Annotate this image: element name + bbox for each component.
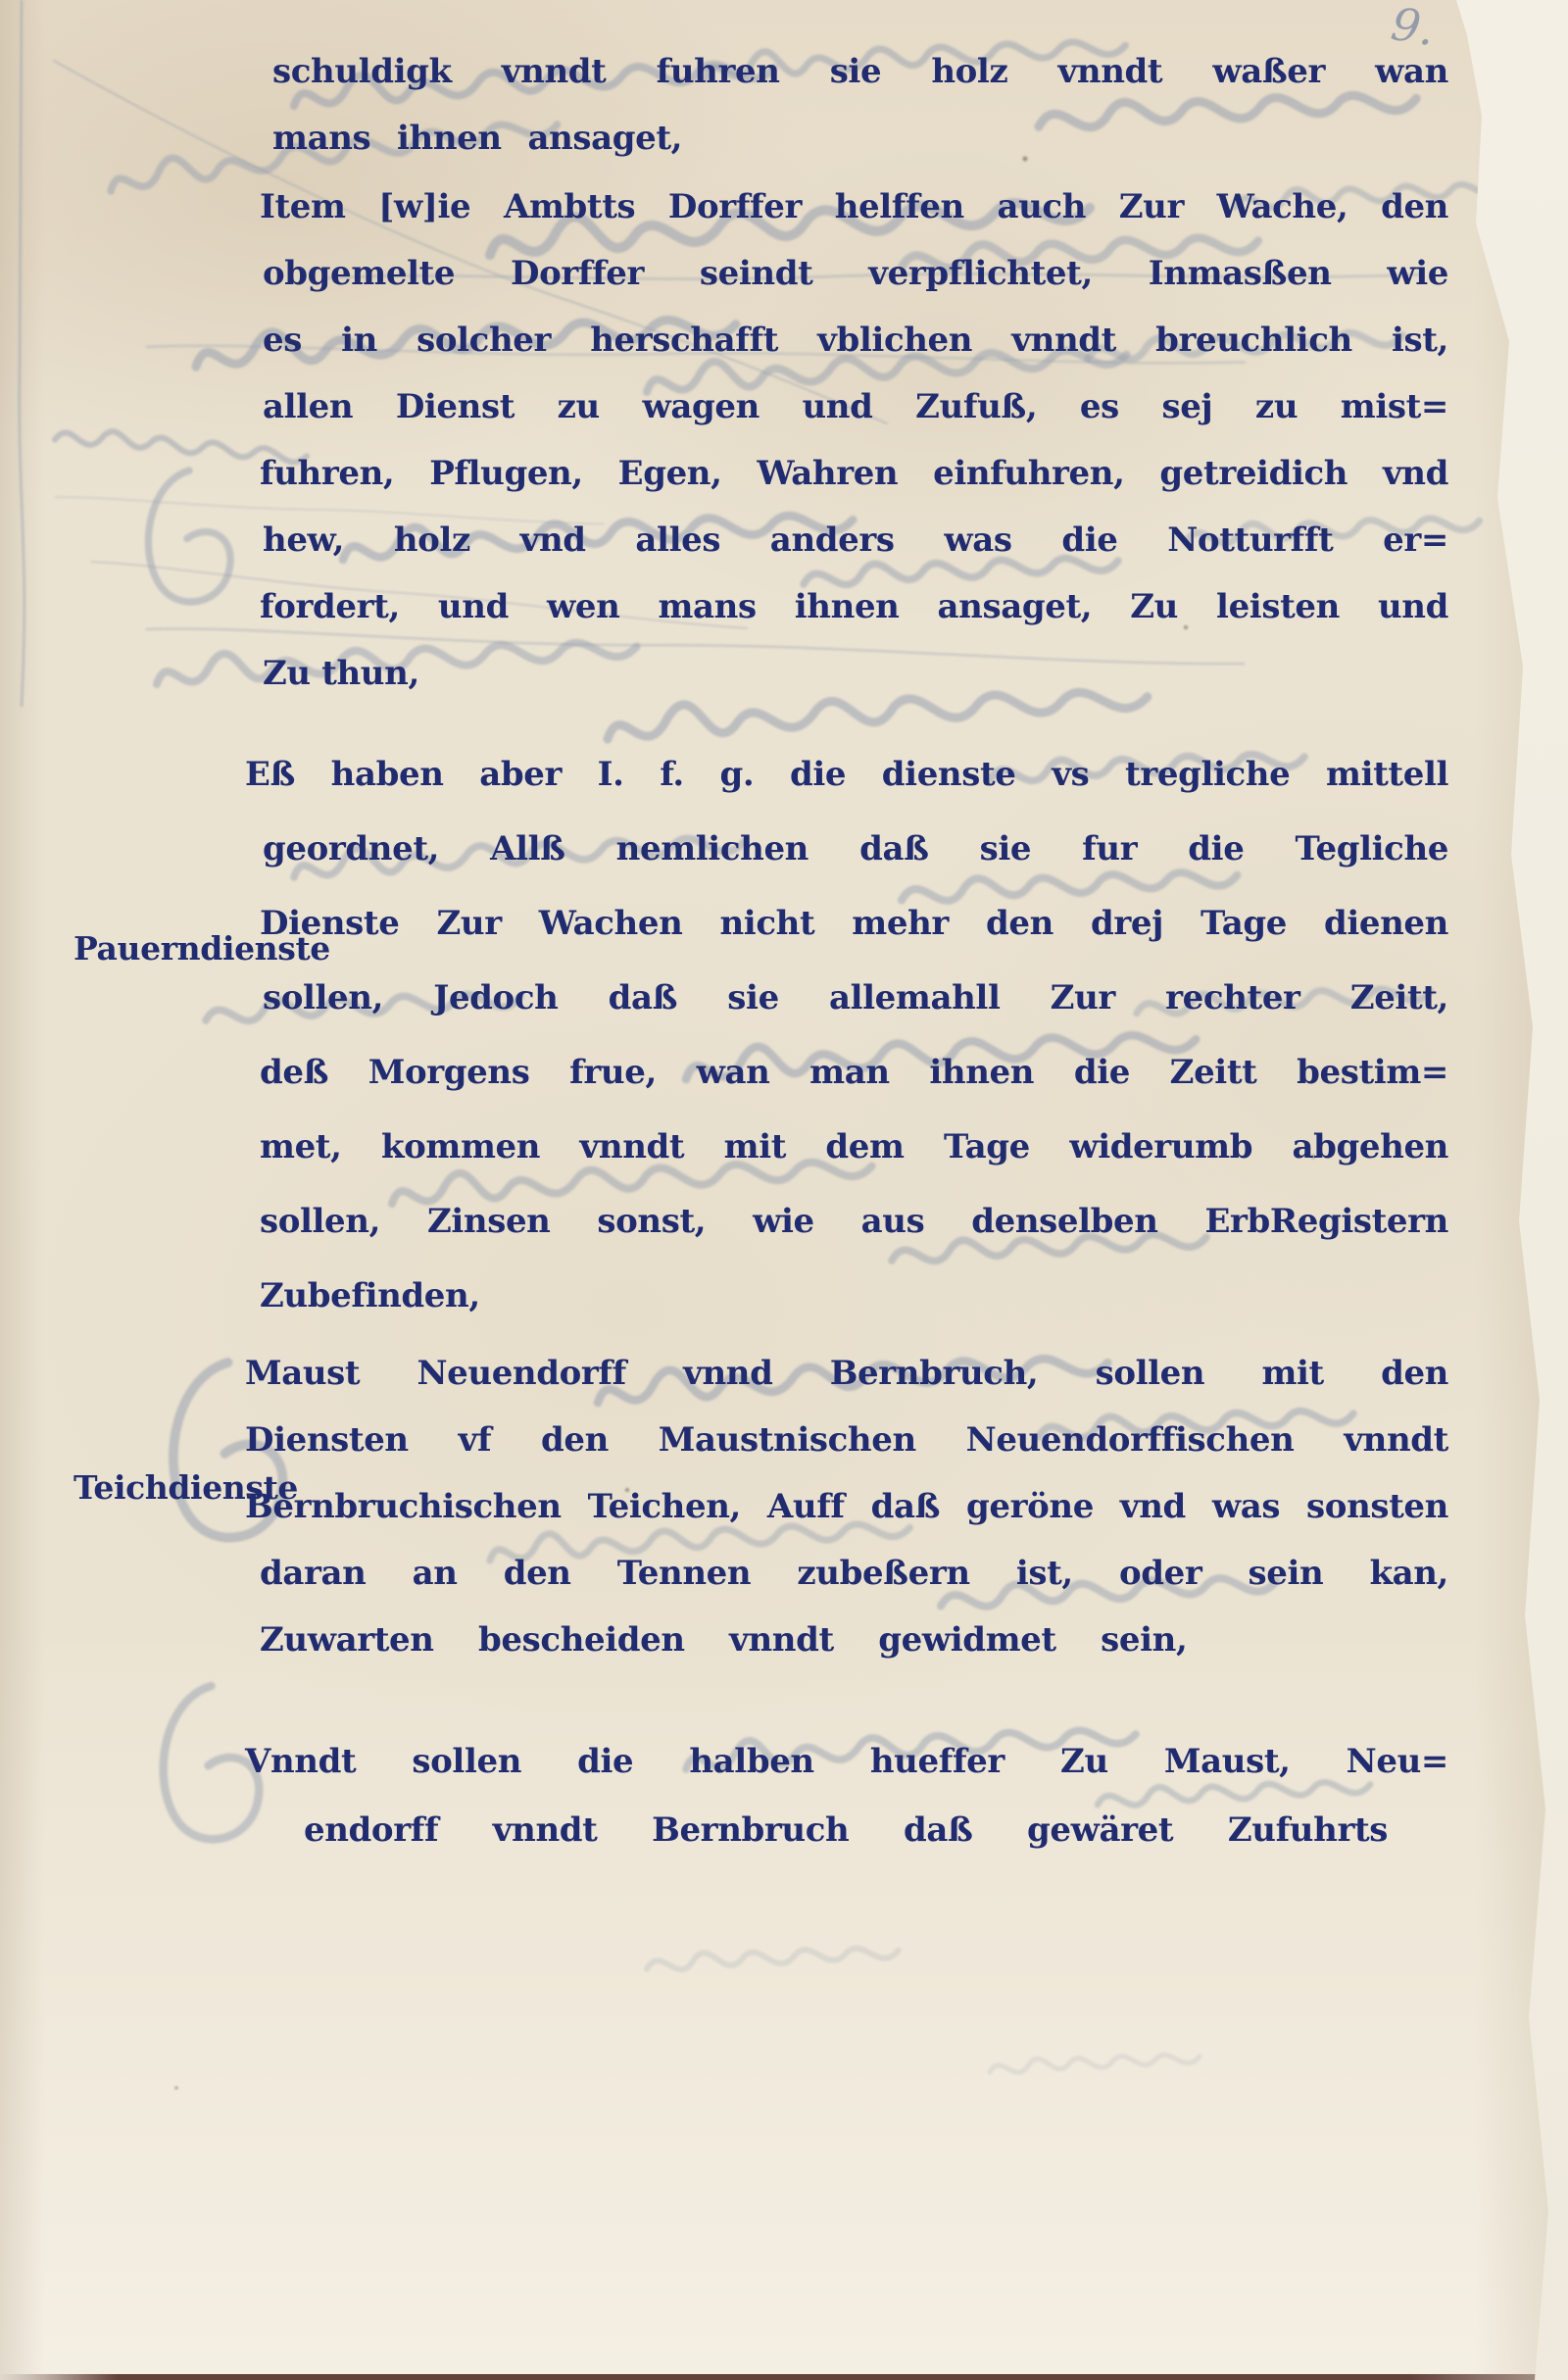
transcription-line: met, kommen vnndt mit dem Tage widerumb … [245, 1110, 1448, 1184]
transcription-line: es in solcher herschafft vblichen vnndt … [245, 307, 1448, 373]
paragraph: Eß haben aber I. f. g. die dienste vs tr… [245, 737, 1448, 1333]
transcription-line: endorff vnndt Bernbruch daß gewäret Zufu… [245, 1796, 1448, 1864]
transcription-line: Bernbruchischen Teichen, Auff daß geröne… [245, 1473, 1448, 1540]
transcription-line: Vnndt sollen die halben hueffer Zu Maust… [245, 1727, 1448, 1796]
manuscript-page: 9. Pauerndienste Teichdienste schuldigk … [0, 0, 1568, 2380]
paragraph: Item [w]ie Ambtts Dorffer helffen auch Z… [245, 174, 1448, 707]
transcription-line: fordert, und wen mans ihnen ansaget, Zu … [245, 573, 1448, 640]
transcription-line: Item [w]ie Ambtts Dorffer helffen auch Z… [245, 174, 1448, 240]
transcription-line: obgemelte Dorffer seindt verpflichtet, I… [245, 240, 1448, 307]
transcription-line: sollen, Jedoch daß sie allemahll Zur rec… [245, 961, 1448, 1035]
paragraph: Vnndt sollen die halben hueffer Zu Maust… [245, 1727, 1448, 1864]
transcription-line: schuldigk vnndt fuhren sie holz vnndt wa… [245, 38, 1448, 105]
transcription-line: geordnet, Allß nemlichen daß sie fur die… [245, 812, 1448, 886]
transcription-line: Eß haben aber I. f. g. die dienste vs tr… [245, 737, 1448, 812]
transcription-line: fuhren, Pflugen, Egen, Wahren einfuhren,… [245, 440, 1448, 507]
transcription-line: mans ihnen ansaget, [245, 105, 1448, 172]
transcription-line: deß Morgens frue, wan man ihnen die Zeit… [245, 1035, 1448, 1110]
paragraph: Maust Neuendorff vnnd Bernbruch, sollen … [245, 1340, 1448, 1673]
transcription-line: Zuwarten bescheiden vnndt gewidmet sein, [245, 1607, 1448, 1673]
transcription-line: Zubefinden, [245, 1259, 1448, 1333]
paragraph: schuldigk vnndt fuhren sie holz vnndt wa… [245, 38, 1448, 172]
transcription-line: Maust Neuendorff vnnd Bernbruch, sollen … [245, 1340, 1448, 1407]
scan-bottom-edge [0, 2374, 1568, 2380]
transcription-line: Zu thun, [245, 640, 1448, 707]
transcription-line: hew, holz vnd alles anders was die Nottu… [245, 507, 1448, 573]
transcription-line: sollen, Zinsen sonst, wie aus denselben … [245, 1184, 1448, 1259]
transcription-line: Diensten vf den Maustnischen Neuendorffi… [245, 1407, 1448, 1473]
transcription-line: allen Dienst zu wagen und Zufuß, es sej … [245, 373, 1448, 440]
transcription-line: daran an den Tennen zubeßern ist, oder s… [245, 1540, 1448, 1607]
transcription-line: Dienste Zur Wachen nicht mehr den drej T… [245, 886, 1448, 961]
